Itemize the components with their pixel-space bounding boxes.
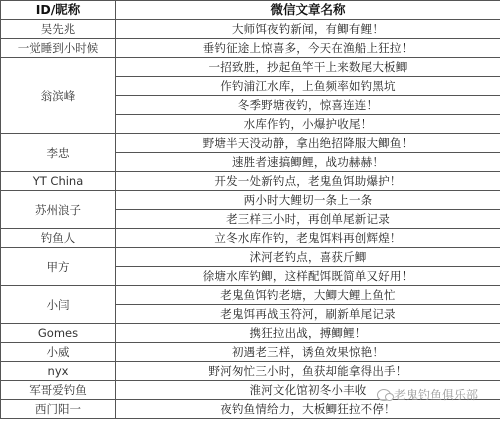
article-title-cell: 初遇老三样，诱鱼效果惊艳！: [116, 343, 500, 362]
article-title-cell: 速胜者速搞鲫鲤，战功赫赫！: [116, 153, 500, 172]
article-title-cell: 野河匆忙三小时，鱼获却能拿得出手！: [116, 362, 500, 381]
table-row: 甲方沭河老钓点，喜获斤鲫: [1, 248, 500, 267]
table-row: 一觉睡到小时候垂钓征途上惊喜多，今天在渔船上狂拉！: [1, 39, 500, 58]
author-id-cell: 苏州浪子: [1, 191, 116, 229]
article-title-cell: 两小时大鲤切一条上一条: [116, 191, 500, 210]
author-id-cell: YT China: [1, 172, 116, 191]
table-row: 小威初遇老三样，诱鱼效果惊艳！: [1, 343, 500, 362]
article-title-cell: 水库作钓，小爆护收尾！: [116, 115, 500, 134]
table-row: 吴先兆大师饵夜钓新闻，有鲫有鲤！: [1, 20, 500, 39]
table-row: YT China开发一处新钓点，老鬼鱼饵助爆护！: [1, 172, 500, 191]
table-row: 苏州浪子两小时大鲤切一条上一条: [1, 191, 500, 210]
table-row: 西门阳一夜钓鱼情给力，大板鲫狂拉不停！: [1, 400, 500, 419]
author-id-cell: 翁滨峰: [1, 58, 116, 134]
article-title-cell: 夜钓鱼情给力，大板鲫狂拉不停！: [116, 400, 500, 419]
table-row: Gomes携狂拉出战，搏鲫鲤！: [1, 324, 500, 343]
article-title-cell: 老三样三小时，再创单尾新记录: [116, 210, 500, 229]
author-id-cell: 李忠: [1, 134, 116, 172]
id-column-header: ID/昵称: [1, 1, 116, 20]
table-row: 翁滨峰一招致胜，抄起鱼竿干上来数尾大板鲫: [1, 58, 500, 77]
author-id-cell: 钓鱼人: [1, 229, 116, 248]
table-body: 吴先兆大师饵夜钓新闻，有鲫有鲤！一觉睡到小时候垂钓征途上惊喜多，今天在渔船上狂拉…: [1, 20, 500, 419]
article-title-cell: 老鬼鱼饵钓老塘，大鲫大鲤上鱼忙: [116, 286, 500, 305]
author-id-cell: 西门阳一: [1, 400, 116, 419]
author-id-cell: 小威: [1, 343, 116, 362]
article-title-cell: 淮河文化馆初冬小丰收: [116, 381, 500, 400]
table-row: 军哥爱钓鱼淮河文化馆初冬小丰收: [1, 381, 500, 400]
article-title-cell: 垂钓征途上惊喜多，今天在渔船上狂拉！: [116, 39, 500, 58]
table-row: 小闫老鬼鱼饵钓老塘，大鲫大鲤上鱼忙: [1, 286, 500, 305]
article-title-cell: 野塘半天没动静，拿出绝招降服大鲫鱼！: [116, 134, 500, 153]
article-title-cell: 老鬼饵再战玉符河，刷新单尾记录: [116, 305, 500, 324]
author-id-cell: 一觉睡到小时候: [1, 39, 116, 58]
article-title-cell: 开发一处新钓点，老鬼鱼饵助爆护！: [116, 172, 500, 191]
article-title-cell: 冬季野塘夜钓，惊喜连连！: [116, 96, 500, 115]
author-id-cell: 甲方: [1, 248, 116, 286]
article-title-cell: 作钓浦江水库，上鱼频率如钓黑坑: [116, 77, 500, 96]
title-column-header: 微信文章名称: [116, 1, 500, 20]
table-row: nyx野河匆忙三小时，鱼获却能拿得出手！: [1, 362, 500, 381]
article-title-cell: 徐塘水库钓鲫，这样配饵既简单又好用！: [116, 267, 500, 286]
article-title-cell: 一招致胜，抄起鱼竿干上来数尾大板鲫: [116, 58, 500, 77]
author-id-cell: 军哥爱钓鱼: [1, 381, 116, 400]
header-row: ID/昵称 微信文章名称: [1, 1, 500, 20]
author-id-cell: Gomes: [1, 324, 116, 343]
article-title-cell: 携狂拉出战，搏鲫鲤！: [116, 324, 500, 343]
article-title-cell: 大师饵夜钓新闻，有鲫有鲤！: [116, 20, 500, 39]
article-title-cell: 沭河老钓点，喜获斤鲫: [116, 248, 500, 267]
table-row: 李忠野塘半天没动静，拿出绝招降服大鲫鱼！: [1, 134, 500, 153]
article-table: ID/昵称 微信文章名称 吴先兆大师饵夜钓新闻，有鲫有鲤！一觉睡到小时候垂钓征途…: [0, 0, 500, 419]
author-id-cell: nyx: [1, 362, 116, 381]
table-row: 钓鱼人立冬水库作钓，老鬼饵料再创辉煌！: [1, 229, 500, 248]
article-title-cell: 立冬水库作钓，老鬼饵料再创辉煌！: [116, 229, 500, 248]
author-id-cell: 小闫: [1, 286, 116, 324]
author-id-cell: 吴先兆: [1, 20, 116, 39]
